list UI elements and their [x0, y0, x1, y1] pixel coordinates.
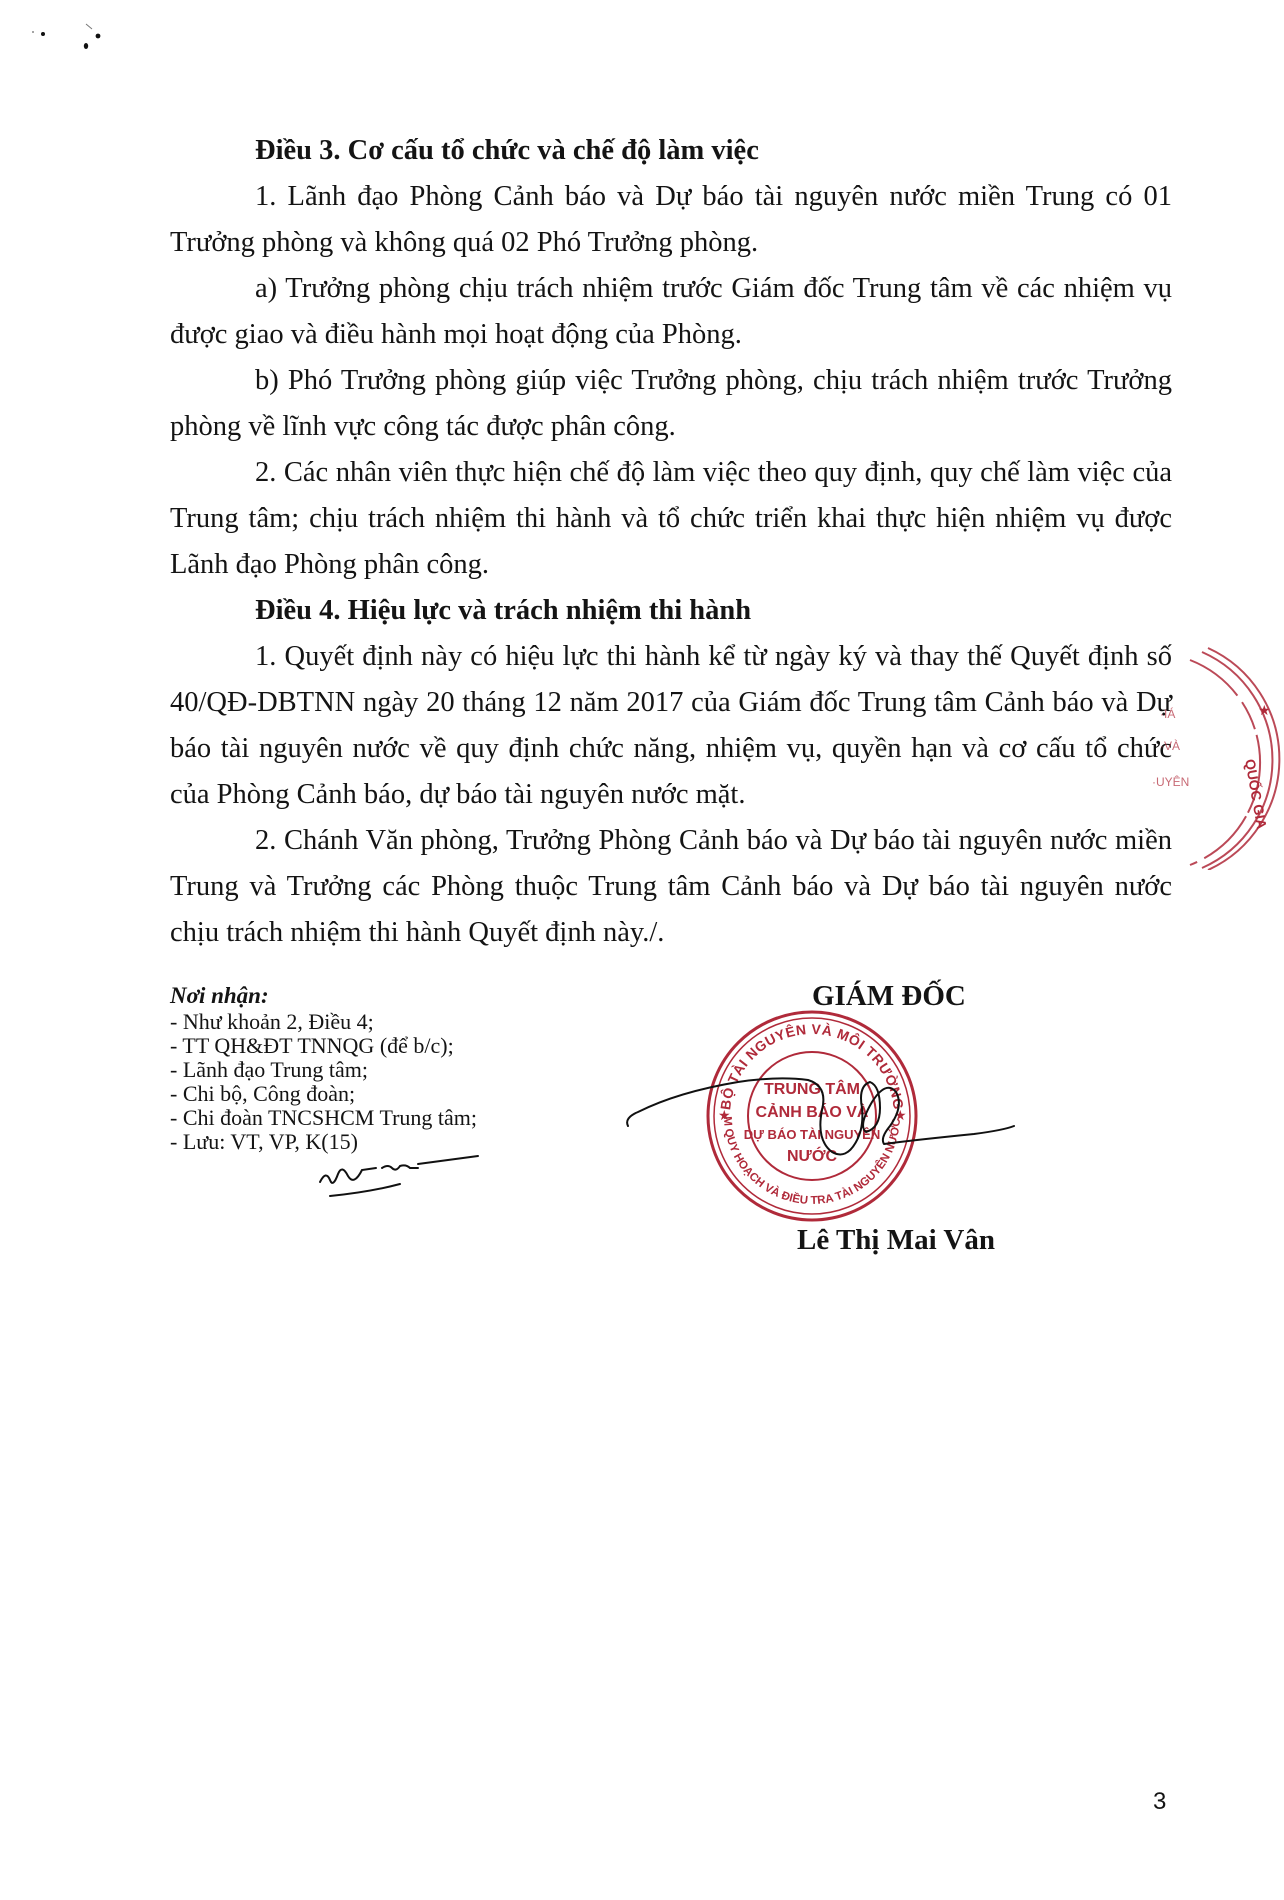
paragraph: b) Phó Trưởng phòng giúp việc Trưởng phò… — [170, 358, 1172, 450]
recipients-title: Nơi nhận: — [170, 984, 590, 1008]
document-body: Điều 3. Cơ cấu tổ chức và chế độ làm việ… — [170, 128, 1172, 956]
page-number: 3 — [1153, 1788, 1166, 1816]
handwritten-signature-icon — [620, 1040, 1020, 1190]
recipient-item: - TT QH&ĐT TNNQG (để b/c); — [170, 1034, 590, 1058]
recipients-block: Nơi nhận: - Như khoản 2, Điều 4; - TT QH… — [170, 984, 590, 1154]
paragraph: 2. Chánh Văn phòng, Trưởng Phòng Cảnh bá… — [170, 818, 1172, 956]
recipient-item: - Chi đoàn TNCSHCM Trung tâm; — [170, 1106, 590, 1130]
svg-text:·UYÊN: ·UYÊN — [1152, 774, 1189, 789]
svg-text:★: ★ — [1258, 702, 1271, 718]
edge-stamp-icon: QUỐC GIA ★ ·IÁ ·VÀ ·UYÊN — [1150, 640, 1284, 870]
signer-name: Lê Thị Mai Vân — [797, 1224, 995, 1257]
scan-specks — [0, 0, 120, 60]
handwritten-initials-icon — [300, 1152, 480, 1200]
recipient-item: - Chi bộ, Công đoàn; — [170, 1082, 590, 1106]
paragraph: 1. Lãnh đạo Phòng Cảnh báo và Dự báo tài… — [170, 174, 1172, 266]
article-3-heading: Điều 3. Cơ cấu tổ chức và chế độ làm việ… — [170, 128, 1172, 174]
recipient-item: - Lãnh đạo Trung tâm; — [170, 1058, 590, 1082]
article-4-heading: Điều 4. Hiệu lực và trách nhiệm thi hành — [170, 588, 1172, 634]
paragraph: 2. Các nhân viên thực hiện chế độ làm vi… — [170, 450, 1172, 588]
recipient-item: - Lưu: VT, VP, K(15) — [170, 1130, 590, 1154]
svg-text:·VÀ: ·VÀ — [1160, 738, 1180, 753]
paragraph: a) Trưởng phòng chịu trách nhiệm trước G… — [170, 266, 1172, 358]
paragraph: 1. Quyết định này có hiệu lực thi hành k… — [170, 634, 1172, 818]
recipient-item: - Như khoản 2, Điều 4; — [170, 1010, 590, 1034]
svg-text:·IÁ: ·IÁ — [1160, 706, 1175, 721]
